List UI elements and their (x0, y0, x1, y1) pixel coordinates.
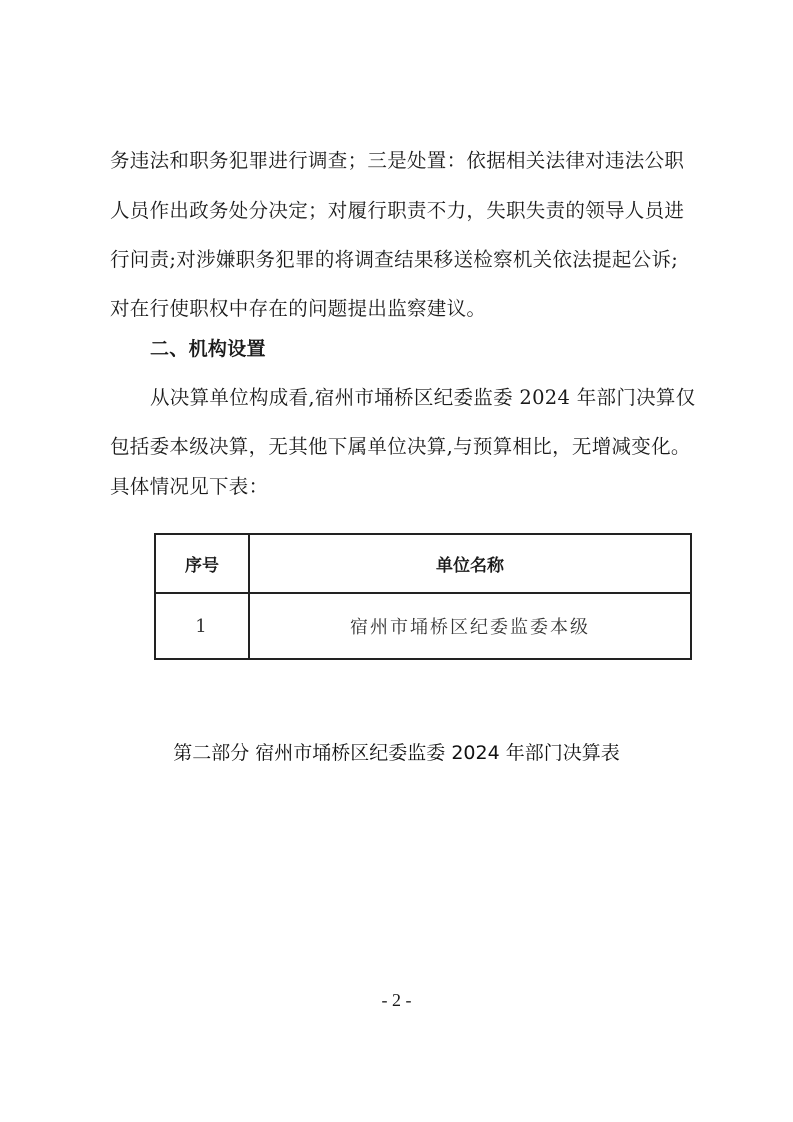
paragraph-line: 包括委本级决算，无其他下属单位决算,与预算相比，无增减变化。 (110, 433, 710, 461)
header-unit-name: 单位名称 (249, 534, 691, 593)
table-header-row: 序号 单位名称 (155, 534, 691, 593)
paragraph-line: 行问责;对涉嫌职务犯罪的将调查结果移送检察机关依法提起公诉; (110, 246, 710, 274)
page-number: - 2 - (0, 990, 793, 1011)
header-index: 序号 (155, 534, 249, 593)
unit-table: 序号 单位名称 1 宿州市埇桥区纪委监委本级 (154, 533, 692, 660)
section-heading: 二、机构设置 (150, 335, 750, 363)
cell-index: 1 (155, 593, 249, 659)
paragraph-line: 务违法和职务犯罪进行调查；三是处置：依据相关法律对违法公职 (110, 147, 710, 175)
paragraph-line: 人员作出政务处分决定；对履行职责不力，失职失责的领导人员进 (110, 197, 710, 225)
cell-unit-name: 宿州市埇桥区纪委监委本级 (249, 593, 691, 659)
paragraph-line: 从决算单位构成看,宿州市埇桥区纪委监委 2024 年部门决算仅 (150, 384, 750, 412)
document-page: 务违法和职务犯罪进行调查；三是处置：依据相关法律对违法公职 人员作出政务处分决定… (0, 0, 793, 1122)
paragraph-line: 对在行使职权中存在的问题提出监察建议。 (110, 295, 710, 323)
part-title: 第二部分 宿州市埇桥区纪委监委 2024 年部门决算表 (0, 738, 793, 765)
paragraph-line: 具体情况见下表： (110, 473, 710, 501)
table-row: 1 宿州市埇桥区纪委监委本级 (155, 593, 691, 659)
